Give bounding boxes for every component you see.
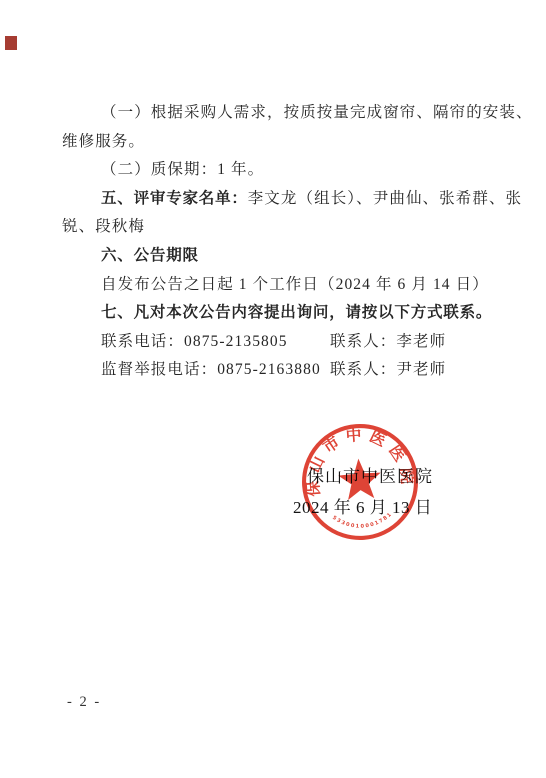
heading-text: 六、公告期限 [101, 247, 199, 264]
signature-org-name: 保山市中医医院 [307, 462, 433, 487]
heading-text: 七、凡对本次公告内容提出询问，请按以下方式联系。 [101, 304, 492, 321]
contact-line: 监督举报电话：0875-2163880联系人：尹老师 [62, 356, 486, 385]
announcement-body: （一）根据采购人需求，按质按量完成窗帘、隔帘的安装、维修服务。（二）质保期：1 … [62, 99, 486, 385]
text-line: 六、公告期限 [62, 242, 486, 271]
corner-mark [5, 36, 17, 50]
contact-line: 联系电话：0875-2135805联系人：李老师 [62, 328, 486, 357]
body-text: （二）质保期：1 年。 [101, 161, 264, 178]
body-text: 李文龙（组长）、尹曲仙、张希群、张 [248, 190, 522, 207]
text-line: 锐、段秋梅 [62, 213, 486, 242]
body-text: 自发布公告之日起 1 个工作日（2024 年 6 月 14 日） [101, 276, 489, 293]
contact-person: 联系人：尹老师 [330, 356, 446, 385]
body-text: 锐、段秋梅 [62, 218, 145, 235]
contact-phone: 监督举报电话：0875-2163880 [101, 356, 330, 385]
text-line: 维修服务。 [62, 128, 486, 157]
heading-text: 五、评审专家名单： [101, 190, 248, 207]
text-line: 七、凡对本次公告内容提出询问，请按以下方式联系。 [62, 299, 486, 328]
contact-phone: 联系电话：0875-2135805 [101, 328, 330, 357]
text-line: （二）质保期：1 年。 [62, 156, 486, 185]
document-page: （一）根据采购人需求，按质按量完成窗帘、隔帘的安装、维修服务。（二）质保期：1 … [0, 0, 546, 778]
text-line: 五、评审专家名单：李文龙（组长）、尹曲仙、张希群、张 [62, 185, 486, 214]
text-line: （一）根据采购人需求，按质按量完成窗帘、隔帘的安装、 [62, 99, 486, 128]
body-text: 维修服务。 [62, 133, 145, 150]
body-text: （一）根据采购人需求，按质按量完成窗帘、隔帘的安装、 [101, 104, 533, 121]
text-line: 自发布公告之日起 1 个工作日（2024 年 6 月 14 日） [62, 271, 486, 300]
page-number: - 2 - [67, 694, 101, 711]
contact-person: 联系人：李老师 [330, 328, 446, 357]
signature-date: 2024 年 6 月 13 日 [293, 493, 432, 518]
